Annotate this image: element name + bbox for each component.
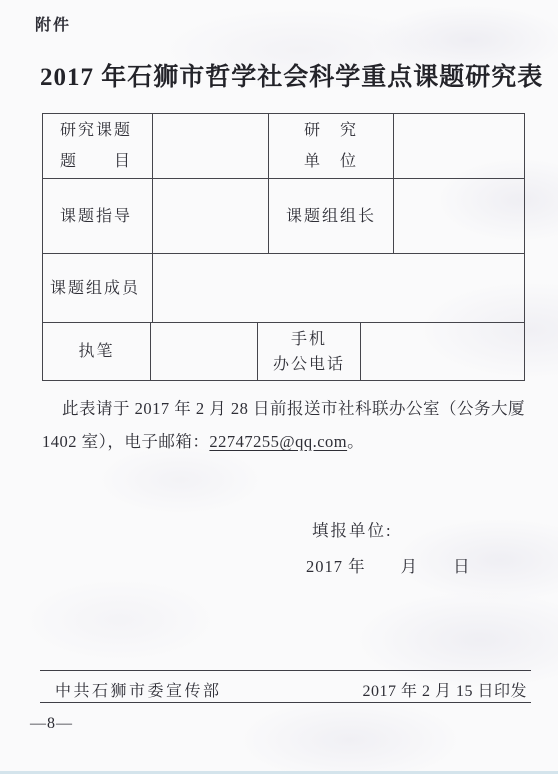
phone-value-cell (361, 323, 524, 380)
research-unit-value-cell (394, 114, 524, 178)
leader-label-cell: 课题组组长 (269, 179, 394, 253)
members-value-cell (153, 254, 524, 322)
research-unit-label-line1: 研 究 (304, 115, 358, 146)
phone-label-line1: 手机 (291, 327, 327, 352)
topic-title-value-cell (153, 114, 269, 178)
note-line-2-suffix: 。 (347, 432, 364, 451)
members-label: 课题组成员 (50, 273, 152, 304)
note-line-2-prefix: 1402 室），电子邮箱： (42, 432, 209, 451)
guidance-value-cell (153, 179, 269, 253)
print-date: 2017 年 2 月 15 日印发 (362, 678, 527, 701)
email-text: 22747255@qq.com (209, 432, 347, 451)
page-number: —8— (30, 715, 73, 733)
topic-title-label-cell: 研究课题 题 目 (43, 114, 153, 178)
guidance-label-cell: 课题指导 (43, 179, 153, 253)
table-row: 课题指导 课题组组长 (43, 179, 524, 254)
phone-label-cell: 手机 办公电话 (258, 323, 361, 380)
note-line-2: 1402 室），电子邮箱：22747255@qq.com。 (42, 425, 529, 458)
members-label-cell: 课题组成员 (43, 254, 153, 322)
table-row: 研究课题 题 目 研 究 单 位 (43, 114, 524, 179)
phone-label-line2: 办公电话 (273, 352, 345, 377)
writer-label-cell: 执笔 (43, 323, 151, 380)
leader-label: 课题组组长 (286, 201, 376, 232)
writer-value-cell (151, 323, 258, 380)
topic-title-label-line1: 研究课题 (60, 115, 152, 146)
research-unit-label-cell: 研 究 单 位 (269, 114, 394, 178)
writer-label: 执笔 (78, 336, 114, 367)
page-title: 2017 年石狮市哲学社会科学重点课题研究表 (40, 57, 528, 93)
fill-unit-label: 填报单位: (312, 517, 393, 541)
footer-rule-bottom (40, 702, 531, 703)
fill-date-line: 2017 年 月 日 (306, 553, 471, 577)
issuer-name: 中共石狮市委宣传部 (55, 678, 222, 701)
submission-note: 此表请于 2017 年 2 月 28 日前报送市社科联办公室（公务大厦 1402… (42, 392, 529, 458)
table-row: 课题组成员 (43, 254, 524, 323)
scanned-document-page: 附件 2017 年石狮市哲学社会科学重点课题研究表 研究课题 题 目 研 究 单… (0, 0, 558, 774)
research-unit-label-line2: 单 位 (304, 146, 358, 177)
table-row: 执笔 手机 办公电话 (43, 323, 524, 380)
footer-row: 中共石狮市委宣传部 2017 年 2 月 15 日印发 (55, 678, 527, 701)
attachment-label: 附件 (35, 12, 71, 35)
guidance-label: 课题指导 (60, 201, 152, 232)
footer-rule-top (40, 670, 531, 671)
topic-title-label-line2: 题 目 (60, 146, 152, 177)
leader-value-cell (394, 179, 524, 253)
form-table: 研究课题 题 目 研 究 单 位 课题指导 课题组组长 课题组成员 (42, 113, 525, 381)
note-line-1: 此表请于 2017 年 2 月 28 日前报送市社科联办公室（公务大厦 (42, 392, 529, 425)
